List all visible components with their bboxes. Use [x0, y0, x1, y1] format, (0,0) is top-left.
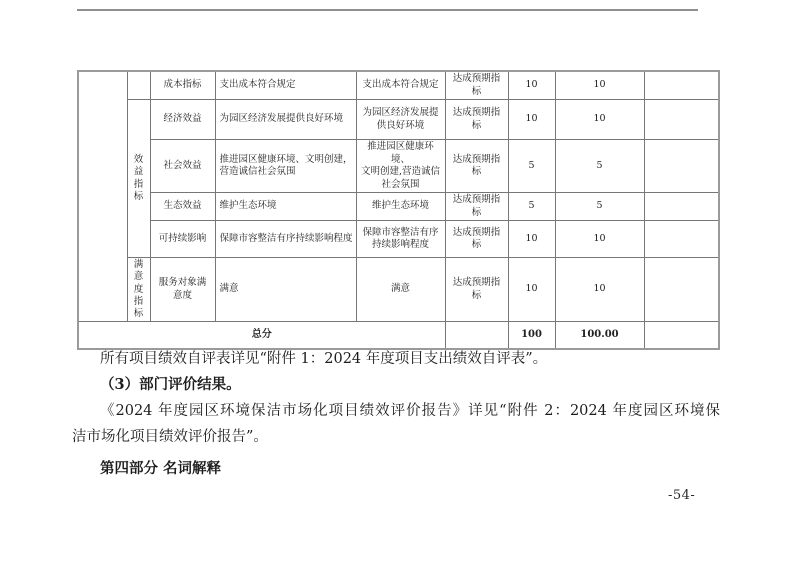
criterion-cell: 保障市容整洁有序持续影响程度	[215, 221, 356, 258]
score-cell: 10	[555, 258, 644, 322]
group-cell-empty	[127, 71, 150, 100]
indicator-name-cell: 服务对象满 意度	[150, 258, 215, 322]
heading-department-evaluation-result: （3）部门评价结果。	[72, 372, 720, 398]
total-label-cell: 总分	[78, 322, 445, 349]
note-cell	[644, 193, 719, 221]
score-cell: 10	[555, 221, 644, 258]
paragraph-self-evaluation-note: 所有项目绩效自评表详见“附件 1：2024 年度项目支出绩效自评表”。	[72, 346, 720, 372]
weight-cell: 5	[508, 140, 555, 193]
note-cell	[644, 71, 719, 100]
status-cell: 达成预期指 标	[445, 140, 508, 193]
status-cell: 达成预期指 标	[445, 193, 508, 221]
status-cell: 达成预期指 标	[445, 221, 508, 258]
group-cell-benefit: 效 益 指 标	[127, 100, 150, 258]
indicator-name-cell: 可持续影响	[150, 221, 215, 258]
criterion-cell: 维护生态环境	[215, 193, 356, 221]
page-number: -54-	[668, 488, 695, 503]
weight-cell: 10	[508, 258, 555, 322]
page-header-rule	[77, 9, 698, 11]
table-row: 成本指标 支出成本符合规定 支出成本符合规定 达成预期指 标 10 10	[78, 71, 719, 100]
criterion-cell: 推进园区健康环境、文明创建， 营造诚信社会氛围	[215, 140, 356, 193]
paragraph-evaluation-report-line1: 《2024 年度园区环境保洁市场化项目绩效评价报告》详见“附件 2：2024 年…	[72, 398, 720, 424]
score-cell: 5	[555, 140, 644, 193]
total-weight-cell: 100	[508, 322, 555, 349]
criterion-cell: 满意	[215, 258, 356, 322]
indicator-name-cell: 生态效益	[150, 193, 215, 221]
performance-indicator-table: 成本指标 支出成本符合规定 支出成本符合规定 达成预期指 标 10 10 效 益…	[77, 70, 720, 350]
total-status-cell	[445, 322, 508, 349]
table-row: 效 益 指 标 经济效益 为园区经济发展提供良好环境 为园区经济发展提 供良好环…	[78, 100, 719, 140]
actual-cell: 支出成本符合规定	[356, 71, 445, 100]
note-cell	[644, 140, 719, 193]
actual-cell: 满意	[356, 258, 445, 322]
group-cell-satisfaction: 满 意 度 指 标	[127, 258, 150, 322]
weight-cell: 10	[508, 71, 555, 100]
weight-cell: 5	[508, 193, 555, 221]
weight-cell: 10	[508, 221, 555, 258]
note-cell	[644, 100, 719, 140]
indicator-name-cell: 社会效益	[150, 140, 215, 193]
indicator-name-cell: 经济效益	[150, 100, 215, 140]
total-row: 总分 100 100.00	[78, 322, 719, 349]
status-cell: 达成预期指 标	[445, 100, 508, 140]
criterion-cell: 支出成本符合规定	[215, 71, 356, 100]
table-row: 社会效益 推进园区健康环境、文明创建， 营造诚信社会氛围 推进园区健康环境、 文…	[78, 140, 719, 193]
table-row: 满 意 度 指 标 服务对象满 意度 满意 满意 达成预期指 标 10 10	[78, 258, 719, 322]
actual-cell: 保障市容整洁有序 持续影响程度	[356, 221, 445, 258]
criterion-cell: 为园区经济发展提供良好环境	[215, 100, 356, 140]
score-cell: 10	[555, 100, 644, 140]
note-cell	[644, 258, 719, 322]
heading-part-four-glossary: 第四部分 名词解释	[72, 456, 720, 482]
score-cell: 10	[555, 71, 644, 100]
status-cell: 达成预期指 标	[445, 71, 508, 100]
score-cell: 5	[555, 193, 644, 221]
total-note-cell	[644, 322, 719, 349]
actual-cell: 推进园区健康环境、 文明创建,营造诚信 社会氛围	[356, 140, 445, 193]
outer-merged-cell	[78, 71, 127, 322]
total-score-cell: 100.00	[555, 322, 644, 349]
body-text: 所有项目绩效自评表详见“附件 1：2024 年度项目支出绩效自评表”。 （3）部…	[72, 346, 720, 482]
indicator-name-cell: 成本指标	[150, 71, 215, 100]
status-cell: 达成预期指 标	[445, 258, 508, 322]
note-cell	[644, 221, 719, 258]
table-row: 生态效益 维护生态环境 维护生态环境 达成预期指 标 5 5	[78, 193, 719, 221]
actual-cell: 为园区经济发展提 供良好环境	[356, 100, 445, 140]
weight-cell: 10	[508, 100, 555, 140]
table-row: 可持续影响 保障市容整洁有序持续影响程度 保障市容整洁有序 持续影响程度 达成预…	[78, 221, 719, 258]
paragraph-evaluation-report-line2: 洁市场化项目绩效评价报告”。	[72, 424, 720, 450]
actual-cell: 维护生态环境	[356, 193, 445, 221]
